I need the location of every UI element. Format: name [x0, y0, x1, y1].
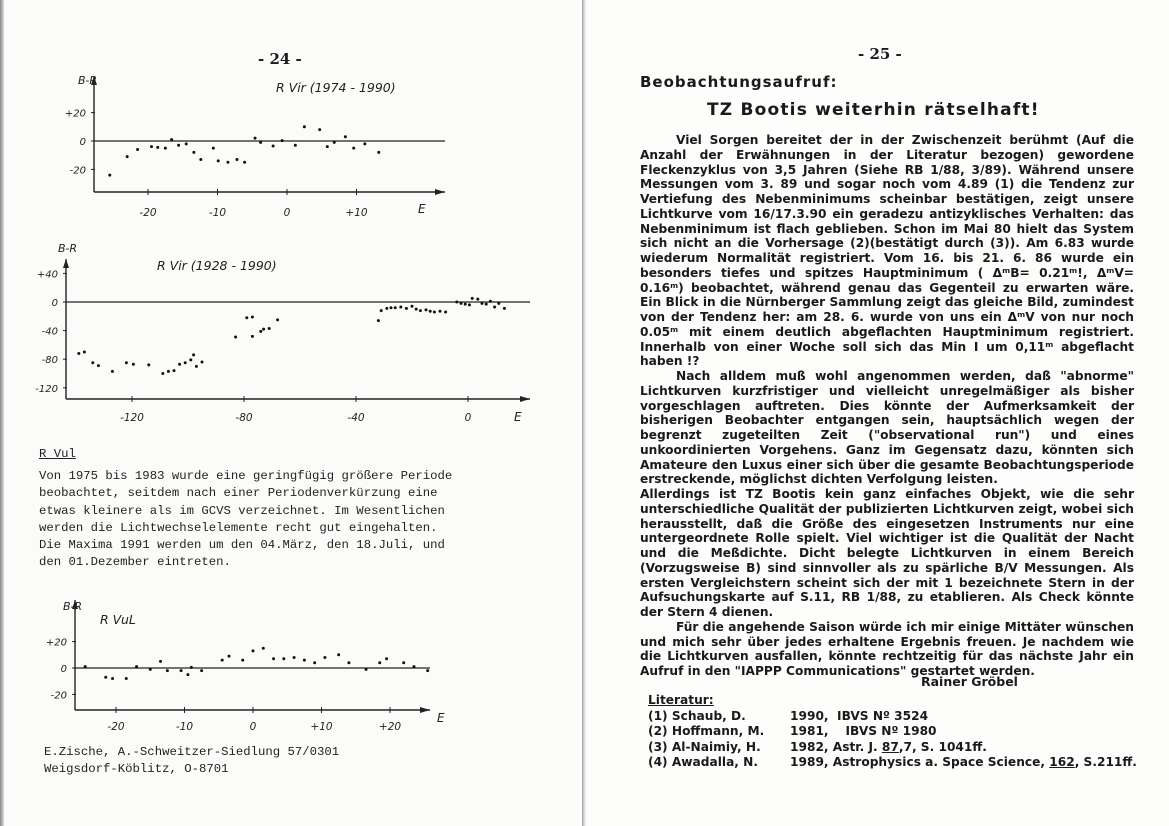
literature-author: (4) Awadalla, N. — [648, 755, 790, 771]
x-tick-label: +20 — [379, 721, 401, 733]
x-tick-label: -20 — [107, 721, 124, 733]
literature-citation: 1990, IBVS Nº 3524 — [790, 709, 928, 725]
data-point — [313, 661, 316, 664]
article-headline: TZ Bootis weiterhin rätselhaft! — [707, 100, 1040, 120]
x-axis-arrow-icon — [420, 707, 430, 713]
data-point — [282, 657, 285, 660]
y-tick-label: +20 — [46, 638, 67, 649]
data-point — [426, 669, 429, 672]
article-paragraph: Viel Sorgen bereitet der in der Zwischen… — [640, 133, 1134, 369]
literature-author: (1) Schaub, D. — [648, 709, 790, 725]
data-point — [293, 656, 296, 659]
data-point — [272, 657, 275, 660]
section-heading-r-vul: R Vul — [39, 446, 76, 463]
data-point — [111, 677, 114, 680]
article-body: Viel Sorgen bereitet der in der Zwischen… — [640, 133, 1134, 679]
data-point — [303, 659, 306, 662]
data-point — [84, 665, 87, 668]
data-point — [385, 657, 388, 660]
data-point — [241, 659, 244, 662]
data-point — [200, 669, 203, 672]
article-paragraph: Allerdings ist TZ Bootis kein ganz einfa… — [640, 487, 1134, 620]
literature-heading: Literatur: — [648, 693, 1137, 709]
x-tick-label: 0 — [250, 721, 257, 733]
literature-entry: (4) Awadalla, N.1989, Astrophysics a. Sp… — [648, 755, 1137, 771]
page-number-right: - 25 - — [858, 45, 902, 63]
y-tick-label: -20 — [51, 690, 67, 701]
data-point — [412, 665, 415, 668]
data-point — [104, 676, 107, 679]
x-tick-label: +10 — [310, 721, 332, 733]
literature-citation: 1982, Astr. J. 87,7, S. 1041ff. — [790, 740, 987, 756]
literature-entry: (2) Hoffmann, M.1981, IBVS Nº 1980 — [648, 724, 1137, 740]
data-point — [149, 668, 152, 671]
data-point — [166, 669, 169, 672]
literature-citation: 1981, IBVS Nº 1980 — [790, 724, 937, 740]
literature-list: Literatur: (1) Schaub, D.1990, IBVS Nº 3… — [648, 693, 1137, 771]
author-address: E.Zische, A.-Schweitzer-Siedlung 57/0301… — [44, 744, 339, 779]
data-point — [402, 661, 405, 664]
data-point — [228, 655, 231, 658]
data-point — [347, 661, 350, 664]
data-point — [365, 668, 368, 671]
literature-entry: (3) Al-Naimiy, H.1982, Astr. J. 87,7, S.… — [648, 740, 1137, 756]
data-point — [337, 653, 340, 656]
y-tick-label: 0 — [61, 664, 67, 675]
literature-author: (3) Al-Naimiy, H. — [648, 740, 790, 756]
data-point — [159, 660, 162, 663]
author-signature: Rainer Gröbel — [921, 674, 1018, 689]
x-tick-label: -10 — [176, 721, 193, 733]
literature-citation: 1989, Astrophysics a. Space Science, 162… — [790, 755, 1137, 771]
data-point — [378, 661, 381, 664]
data-point — [221, 659, 224, 662]
article-paragraph: Für die angehende Saison würde ich mir e… — [640, 620, 1134, 679]
chart-title: R VuL — [100, 612, 136, 627]
data-point — [190, 666, 193, 669]
r-vul-paragraph: Von 1975 bis 1983 wurde eine geringfügig… — [39, 468, 479, 572]
data-point — [323, 656, 326, 659]
y-axis-label: B-R — [63, 600, 82, 613]
data-point — [252, 649, 255, 652]
literature-entry: (1) Schaub, D.1990, IBVS Nº 3524 — [648, 709, 1137, 725]
data-point — [186, 673, 189, 676]
data-point — [262, 647, 265, 650]
data-point — [180, 669, 183, 672]
literature-author: (2) Hoffmann, M. — [648, 724, 790, 740]
kicker-heading: Beobachtungsaufruf: — [640, 73, 837, 91]
data-point — [125, 677, 128, 680]
data-point — [135, 665, 138, 668]
article-paragraph: Nach alldem muß wohl angenommen werden, … — [640, 369, 1134, 487]
x-axis-label: E — [437, 711, 445, 725]
